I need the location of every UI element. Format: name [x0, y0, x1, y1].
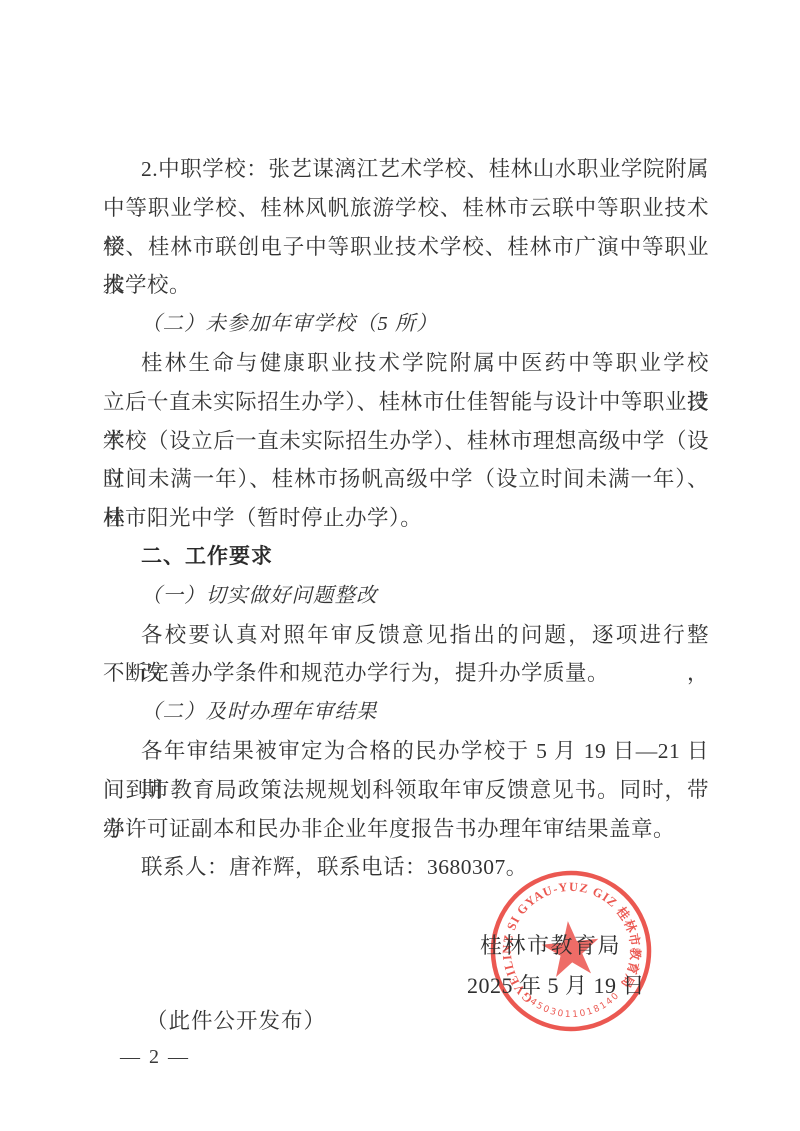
doc-line: 术学校。	[103, 266, 709, 305]
issue-date: 2025 年 5 月 19 日	[467, 969, 645, 1000]
doc-line: 立后一直未实际招生办学）、桂林市仕佳智能与设计中等职业技术	[103, 383, 709, 422]
doc-line: 中等职业学校、桂林风帆旅游学校、桂林市云联中等职业技术学	[103, 189, 709, 228]
doc-line: 学校（设立后一直未实际招生办学）、桂林市理想高级中学（设立	[103, 422, 709, 461]
doc-subheading: （二）未参加年审学校（5 所）	[103, 305, 709, 344]
doc-line: 桂林生命与健康职业技术学院附属中医药中等职业学校（设	[103, 344, 709, 383]
public-release-note: （此件公开发布）	[146, 1004, 326, 1035]
doc-line: 间到市教育局政策法规规划科领取年审反馈意见书。同时，带办	[103, 771, 709, 810]
doc-line: 各校要认真对照年审反馈意见指出的问题，逐项进行整改，	[103, 616, 709, 655]
doc-line: 各年审结果被审定为合格的民办学校于 5 月 19 日—21 日期	[103, 732, 709, 771]
document-page: 2.中职学校：张艺谋漓江艺术学校、桂林山水职业学院附属 中等职业学校、桂林风帆旅…	[0, 0, 800, 1131]
doc-subheading: （二）及时办理年审结果	[103, 693, 709, 732]
doc-line: 林市阳光中学（暂时停止办学）。	[103, 499, 709, 538]
document-body: 2.中职学校：张艺谋漓江艺术学校、桂林山水职业学院附属 中等职业学校、桂林风帆旅…	[103, 150, 709, 887]
doc-line: 校、桂林市联创电子中等职业技术学校、桂林市广演中等职业技	[103, 228, 709, 267]
doc-subheading: （一）切实做好问题整改	[103, 577, 709, 616]
section-heading: 二、工作要求	[103, 538, 709, 577]
issuer-signature: 桂林市教育局	[480, 929, 621, 960]
doc-line: 2.中职学校：张艺谋漓江艺术学校、桂林山水职业学院附属	[103, 150, 709, 189]
doc-line: 时间未满一年）、桂林市扬帆高级中学（设立时间未满一年）、桂	[103, 460, 709, 499]
page-number: — 2 —	[120, 1046, 190, 1069]
doc-line: 学许可证副本和民办非企业年度报告书办理年审结果盖章。	[103, 810, 709, 849]
